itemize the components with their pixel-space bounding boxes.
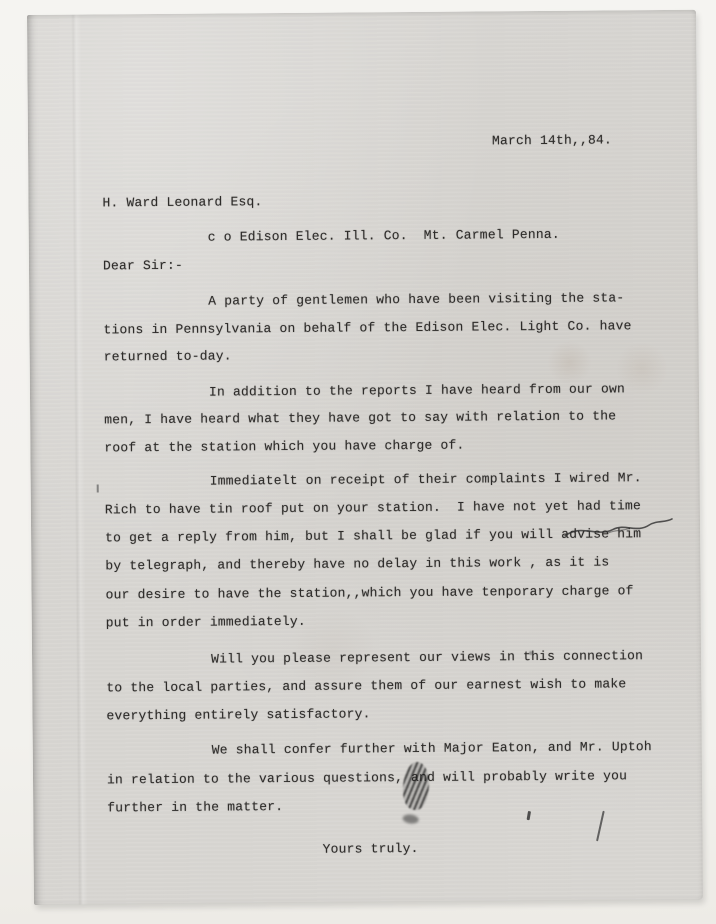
letter-line: men, I have heard what they have got to …	[104, 408, 616, 427]
letter-page: March 14th,,84. H. Ward Leonard Esq. c o…	[27, 10, 703, 905]
handwritten-correction-mark	[563, 515, 675, 544]
letter-line: put in order immediately.	[106, 614, 306, 631]
letter-line: further in the matter.	[107, 799, 283, 815]
ink-blot	[400, 760, 432, 811]
letter-line: our desire to have the station,,which yo…	[105, 583, 633, 602]
letter-line: tions in Pennsylvania on behalf of the E…	[103, 318, 631, 337]
letter-address: c o Edison Elec. Ill. Co. Mt. Carmel Pen…	[208, 227, 560, 245]
letter-salutation: Dear Sir:-	[103, 258, 183, 274]
letter-line: returned to-day.	[104, 348, 232, 364]
letter-recipient: H. Ward Leonard Esq.	[102, 194, 262, 210]
letter-line: Rich to have tin roof put on your statio…	[105, 498, 641, 517]
letter-line: Will you please represent our views in t…	[211, 648, 643, 666]
letter-line: to get a reply from him, but I shall be …	[105, 526, 641, 545]
pen-slash-mark	[596, 811, 605, 842]
letter-line: in relation to the various questions, an…	[107, 768, 627, 787]
smudge-dot	[529, 651, 533, 655]
letter-line: by telegraph, and thereby have no delay …	[105, 554, 609, 573]
letter-line: roof at the station which you have charg…	[104, 438, 464, 456]
letter-line: A party of gentlemen who have been visit…	[208, 290, 624, 308]
scanned-letter: March 14th,,84. H. Ward Leonard Esq. c o…	[0, 0, 716, 924]
letter-line: to the local parties, and assure them of…	[106, 676, 626, 695]
letter-line: everything entirely satisfactory.	[106, 706, 370, 723]
margin-tick-mark	[97, 484, 99, 492]
letter-closing: Yours truly.	[323, 841, 419, 857]
letter-date: March 14th,,84.	[492, 132, 612, 148]
letter-line: In addition to the reports I have heard …	[209, 381, 625, 399]
letter-line: Immediatelt on receipt of their complain…	[210, 470, 642, 488]
letter-line: We shall confer further with Major Eaton…	[212, 739, 652, 757]
pen-tick-mark	[527, 811, 531, 820]
